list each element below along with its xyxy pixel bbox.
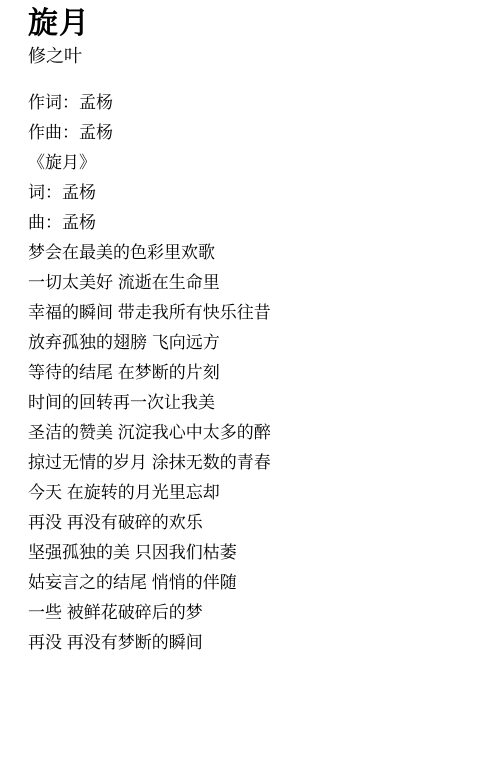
lyric-line: 等待的结尾 在梦断的片刻 [28,358,480,388]
lyrics-page: 旋月 修之叶 作词：孟杨作曲：孟杨《旋月》词：孟杨曲：孟杨梦会在最美的色彩里欢歌… [0,0,500,658]
lyric-line: 幸福的瞬间 带走我所有快乐往昔 [28,298,480,328]
lyric-line: 坚强孤独的美 只因我们枯萎 [28,538,480,568]
lyric-line: 再没 再没有破碎的欢乐 [28,508,480,538]
lyric-line: 一些 被鲜花破碎后的梦 [28,598,480,628]
lyric-line: 一切太美好 流逝在生命里 [28,268,480,298]
artist-name: 修之叶 [28,45,480,67]
song-title: 旋月 [28,5,480,43]
lyrics-body: 作词：孟杨作曲：孟杨《旋月》词：孟杨曲：孟杨梦会在最美的色彩里欢歌一切太美好 流… [28,88,480,658]
lyric-line: 再没 再没有梦断的瞬间 [28,628,480,658]
lyric-line: 曲：孟杨 [28,208,480,238]
lyric-line: 词：孟杨 [28,178,480,208]
lyric-line: 姑妄言之的结尾 悄悄的伴随 [28,568,480,598]
lyric-line: 作曲：孟杨 [28,118,480,148]
lyric-line: 梦会在最美的色彩里欢歌 [28,238,480,268]
lyric-line: 放弃孤独的翅膀 飞向远方 [28,328,480,358]
lyric-line: 今天 在旋转的月光里忘却 [28,478,480,508]
lyric-line: 掠过无情的岁月 涂抹无数的青春 [28,448,480,478]
lyric-line: 时间的回转再一次让我美 [28,388,480,418]
lyric-line: 《旋月》 [28,148,480,178]
lyric-line: 作词：孟杨 [28,88,480,118]
lyric-line: 圣洁的赞美 沉淀我心中太多的醉 [28,418,480,448]
